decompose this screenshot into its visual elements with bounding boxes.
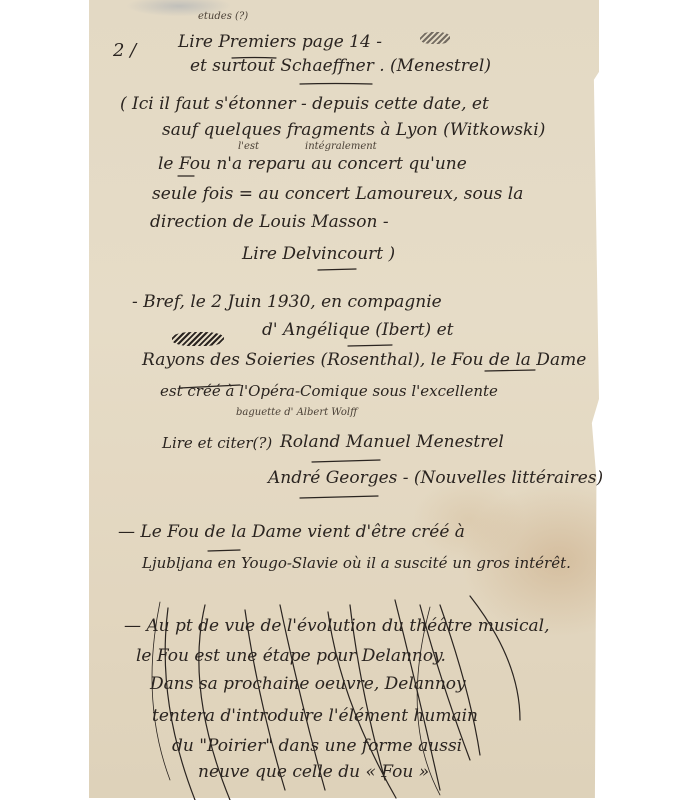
crossed-out-word xyxy=(172,332,224,346)
line-13: baguette d' Albert Wolff xyxy=(236,408,357,418)
annotation-integralement: intégralement xyxy=(305,142,377,152)
line-7: direction de Louis Masson - xyxy=(150,214,389,231)
line-23: neuve que celle du « Fou » xyxy=(198,764,429,781)
line-14-prefix: Lire et citer(?) xyxy=(162,436,272,451)
line-9: - Bref, le 2 Juin 1930, en compagnie xyxy=(132,294,442,311)
line-18: — Au pt de vue de l'évolution du théâtre… xyxy=(124,618,549,635)
line-14: Roland Manuel Menestrel xyxy=(280,434,504,451)
line-1: Lire Premiers page 14 - xyxy=(178,34,382,51)
line-16: — Le Fou de la Dame vient d'être créé à xyxy=(118,524,465,541)
line-8: Lire Delvincourt ) xyxy=(242,246,395,263)
line-10: d' Angélique (Ibert) et xyxy=(262,322,453,339)
line-21: tentera d'introduire l'élément humain xyxy=(152,708,478,725)
line-11: Rayons des Soieries (Rosenthal), le Fou … xyxy=(142,352,586,369)
line-2: et surtout Schaeffner . (Menestrel) xyxy=(190,58,491,75)
annotation-etudes: etudes (?) xyxy=(198,12,248,22)
line-19: le Fou est une étape pour Delannoy. xyxy=(136,648,446,665)
line-17: Ljubljana en Yougo-Slavie où il a suscit… xyxy=(142,556,571,571)
line-4: sauf quelques fragments à Lyon (Witkowsk… xyxy=(162,122,545,139)
line-22: du "Poirier" dans une forme aussi xyxy=(172,738,462,755)
line-20: Dans sa prochaine oeuvre, Delannoy xyxy=(150,676,466,693)
line-6: seule fois = au concert Lamoureux, sous … xyxy=(152,186,523,203)
line-15: André Georges - (Nouvelles littéraires) xyxy=(268,470,603,487)
page-marker: 2 / xyxy=(113,42,136,60)
line-12: est créé à l'Opéra-Comique sous l'excell… xyxy=(160,384,498,399)
annotation-lest: l'est xyxy=(238,142,259,152)
crossed-out-word xyxy=(420,32,450,44)
line-3: ( Ici il faut s'étonner - depuis cette d… xyxy=(120,96,489,113)
line-5: le Fou n'a reparu au concert qu'une xyxy=(158,156,467,173)
